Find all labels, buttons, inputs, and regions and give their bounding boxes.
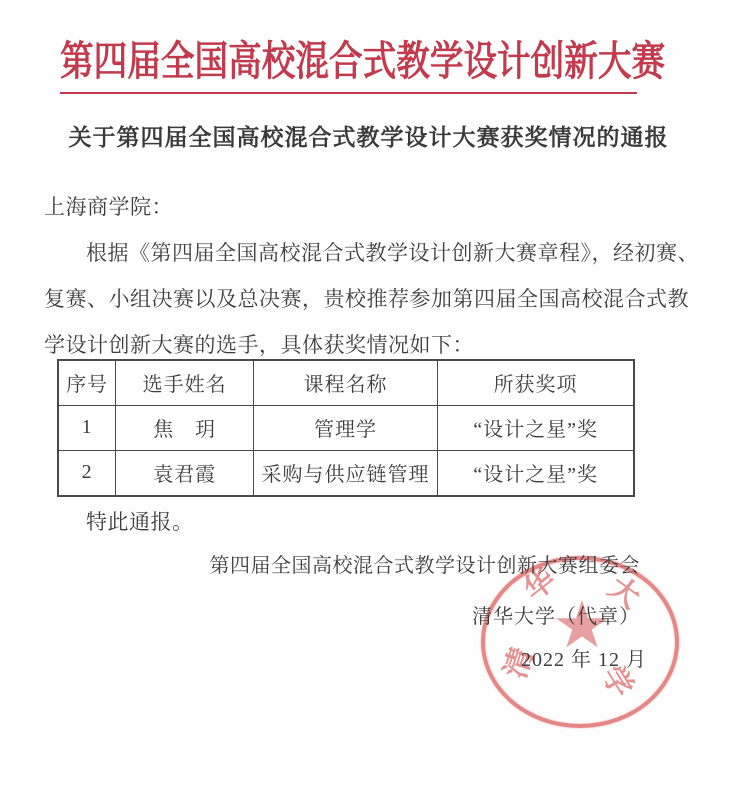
table-header-row: 序号 选手姓名 课程名称 所获奖项	[58, 360, 634, 405]
title-underline	[60, 92, 637, 94]
cell-name: 焦 玥	[116, 405, 254, 450]
cell-name: 袁君霞	[116, 450, 254, 496]
cell-no: 2	[58, 450, 116, 496]
official-seal: 华 大 清 学	[481, 556, 679, 728]
document-subtitle: 关于第四届全国高校混合式教学设计大赛获奖情况的通报	[0, 119, 737, 152]
salutation: 上海商学院：	[44, 191, 173, 221]
body-line: 学设计创新大赛的选手，具体获奖情况如下：	[44, 329, 474, 359]
cell-no: 1	[58, 405, 116, 450]
table-row: 2 袁君霞 采购与供应链管理 “设计之星”奖	[58, 450, 634, 496]
body-line: 根据《第四届全国高校混合式教学设计创新大赛章程》，经初赛、	[86, 237, 699, 267]
cell-award: “设计之星”奖	[438, 450, 634, 496]
header-cell-course: 课程名称	[253, 360, 437, 405]
cell-course: 管理学	[253, 405, 437, 450]
committee-signature: 第四届全国高校混合式教学设计创新大赛组委会	[210, 549, 641, 578]
table-row: 1 焦 玥 管理学 “设计之星”奖	[58, 405, 634, 450]
date-line: 2022 年 12 月	[521, 643, 647, 672]
cell-award: “设计之星”奖	[438, 405, 634, 450]
banner-title: 第四届全国高校混合式教学设计创新大赛	[60, 28, 665, 87]
awards-table: 序号 选手姓名 课程名称 所获奖项 1 焦 玥 管理学 “设计之星”奖 2 袁君…	[57, 359, 635, 497]
header-cell-award: 所获奖项	[438, 360, 634, 405]
notice-document: 第四届全国高校混合式教学设计创新大赛 关于第四届全国高校混合式教学设计大赛获奖情…	[0, 0, 737, 785]
header-cell-name: 选手姓名	[116, 360, 254, 405]
header-cell-no: 序号	[58, 360, 116, 405]
body-line: 复赛、小组决赛以及总决赛，贵校推荐参加第四届全国高校混合式教	[44, 283, 689, 313]
cell-course: 采购与供应链管理	[253, 450, 437, 496]
issuer-signature: 清华大学（代章）	[472, 600, 640, 629]
closing-note: 特此通报。	[86, 506, 194, 536]
